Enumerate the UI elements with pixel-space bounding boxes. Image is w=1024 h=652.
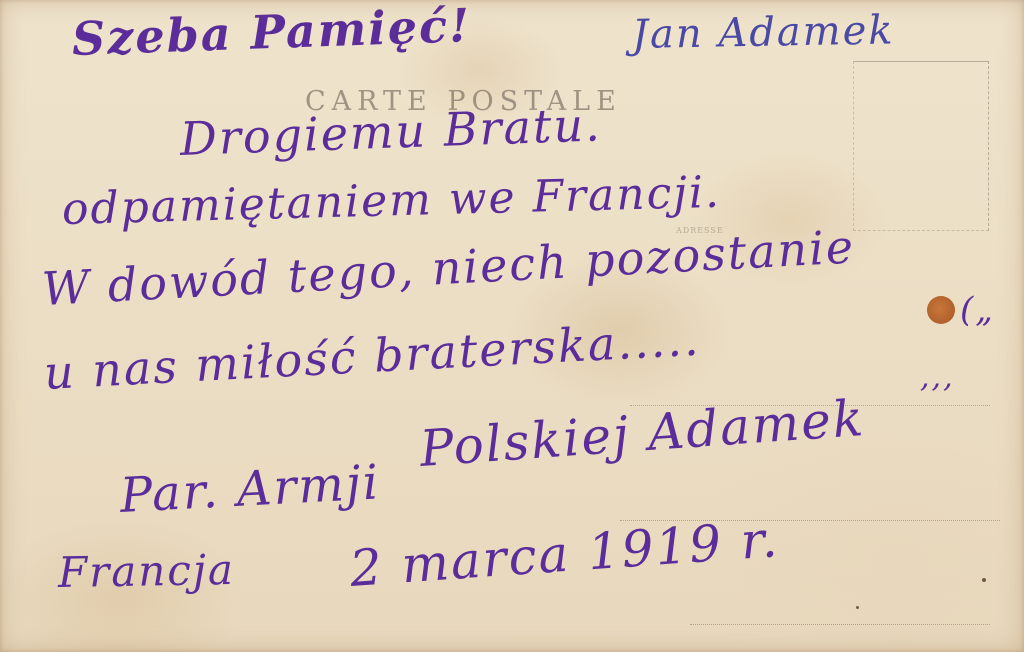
handwritten-greeting: Szeba Pamięć!	[71, 0, 472, 66]
handwritten-signature-prefix: Par. Armji	[119, 454, 382, 524]
handwritten-line-2-tail: („	[960, 290, 995, 330]
ink-stain	[927, 296, 955, 324]
handwritten-line-3: u nas miłość braterska.....	[43, 312, 702, 400]
postcard: CARTE POSTALE ADRESSE Szeba Pamięć! Jan …	[0, 0, 1024, 652]
handwritten-signature-unit: Polskiej Adamek	[418, 389, 867, 478]
paper-speck	[982, 578, 986, 582]
handwritten-addressee: Drogiemu Bratu.	[179, 97, 602, 166]
stamp-box	[853, 61, 989, 231]
handwritten-line-3-tail: ,,,	[920, 360, 955, 395]
paper-speck	[856, 606, 859, 609]
handwritten-line-1: odpamiętaniem we Francji.	[61, 167, 721, 235]
handwritten-sender-name: Jan Adamek	[632, 7, 895, 58]
handwritten-line-2: W dowód tego, niech pozostanie	[41, 219, 857, 316]
address-line	[690, 624, 990, 625]
handwritten-place: Francja	[58, 545, 236, 597]
handwritten-date: 2 marca 1919 r.	[348, 510, 781, 598]
